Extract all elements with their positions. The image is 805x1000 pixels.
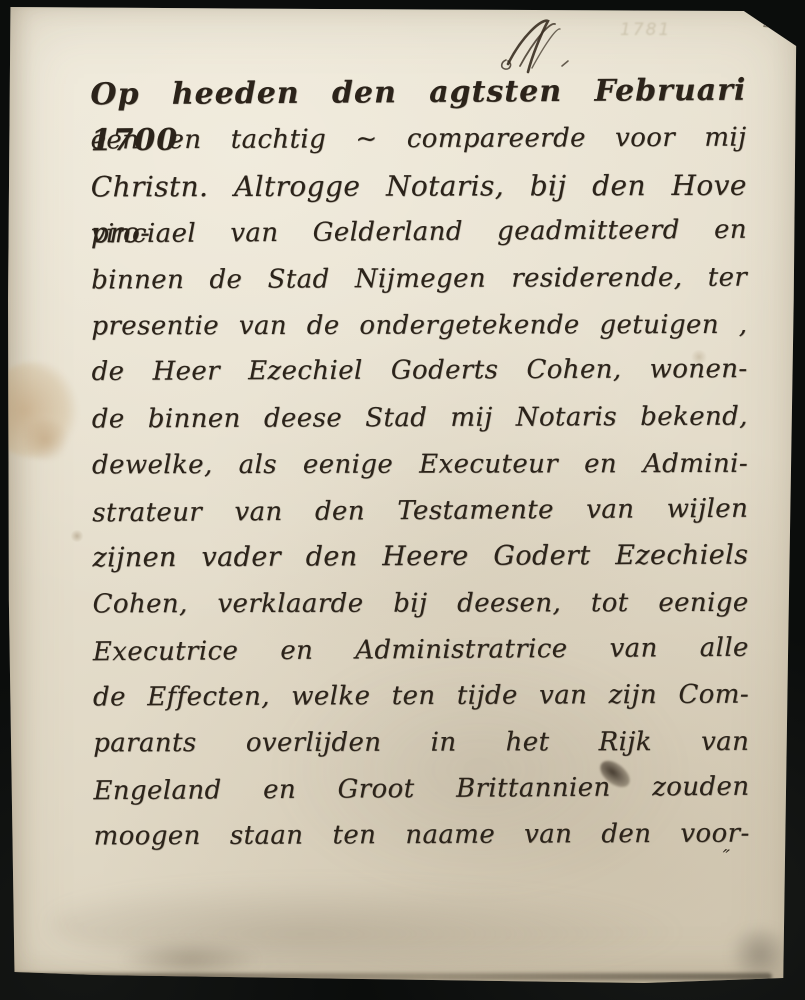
manuscript-line: Executrice en Administratrice van alle xyxy=(93,624,749,675)
manuscript-line: een en tachtig ~ compareerde voor mij xyxy=(90,115,746,164)
manuscript-line: presentie van de ondergetekende getuigen… xyxy=(91,302,747,350)
manuscript-line: zijnen vader den Heere Godert Ezechiels xyxy=(92,532,748,581)
bottom-discoloration xyxy=(50,880,690,970)
manuscript-line: moogen staan ten naame van den voor- xyxy=(94,811,750,860)
corner-smudge-bottom-right xyxy=(724,928,796,980)
manuscript-line: Cohen, verklaarde bij deesen, tot eenige xyxy=(93,580,749,628)
faint-pencil-number: 1781 xyxy=(620,20,671,40)
bottom-edge-crease xyxy=(12,973,772,980)
continuation-mark: ″ xyxy=(721,846,731,869)
archival-mark-number: 17 xyxy=(778,20,793,34)
manuscript-line: Op heeden den agtsten Februari 1700 xyxy=(90,68,746,119)
manuscript-line: de binnen deese Stad mij Notaris bekend, xyxy=(92,393,748,442)
archival-mark: E 17 xyxy=(762,15,792,34)
manuscript-line: de Heer Ezechiel Goderts Cohen, wonen- xyxy=(91,346,747,395)
manuscript-line: vinciael van Gelderland geadmitteerd en xyxy=(91,207,747,258)
manuscript-line: binnen de Stad Nijmegen residerende, ter xyxy=(91,254,747,303)
water-stain-left-inner xyxy=(18,420,72,460)
smudge-bottom-left xyxy=(120,940,260,980)
archival-mark-letter: E xyxy=(763,15,774,32)
manuscript-line: de Effecten, welke ten tijde van zijn Co… xyxy=(93,672,749,721)
manuscript-line: dewelke, als eenige Executeur en Admini- xyxy=(92,441,748,489)
photo-backdrop: { "document": { "language": "Dutch", "li… xyxy=(0,0,805,1000)
foxing-spot xyxy=(70,530,84,542)
manuscript-text: Op heeden den agtsten Februari 1700 een … xyxy=(90,69,749,860)
manuscript-line: parants overlijden in het Rijk van xyxy=(93,719,749,767)
manuscript-line: Christn. Altrogge Notaris, bij den Hove … xyxy=(91,163,747,211)
manuscript-line: Engeland en Groot Brittannien zouden xyxy=(93,764,749,815)
manuscript-line: strateur van den Testamente van wijlen xyxy=(92,485,748,536)
document-page: 1781 E 17 Op heeden den agtsten Februari… xyxy=(0,0,805,1000)
water-stain-left xyxy=(0,362,82,458)
